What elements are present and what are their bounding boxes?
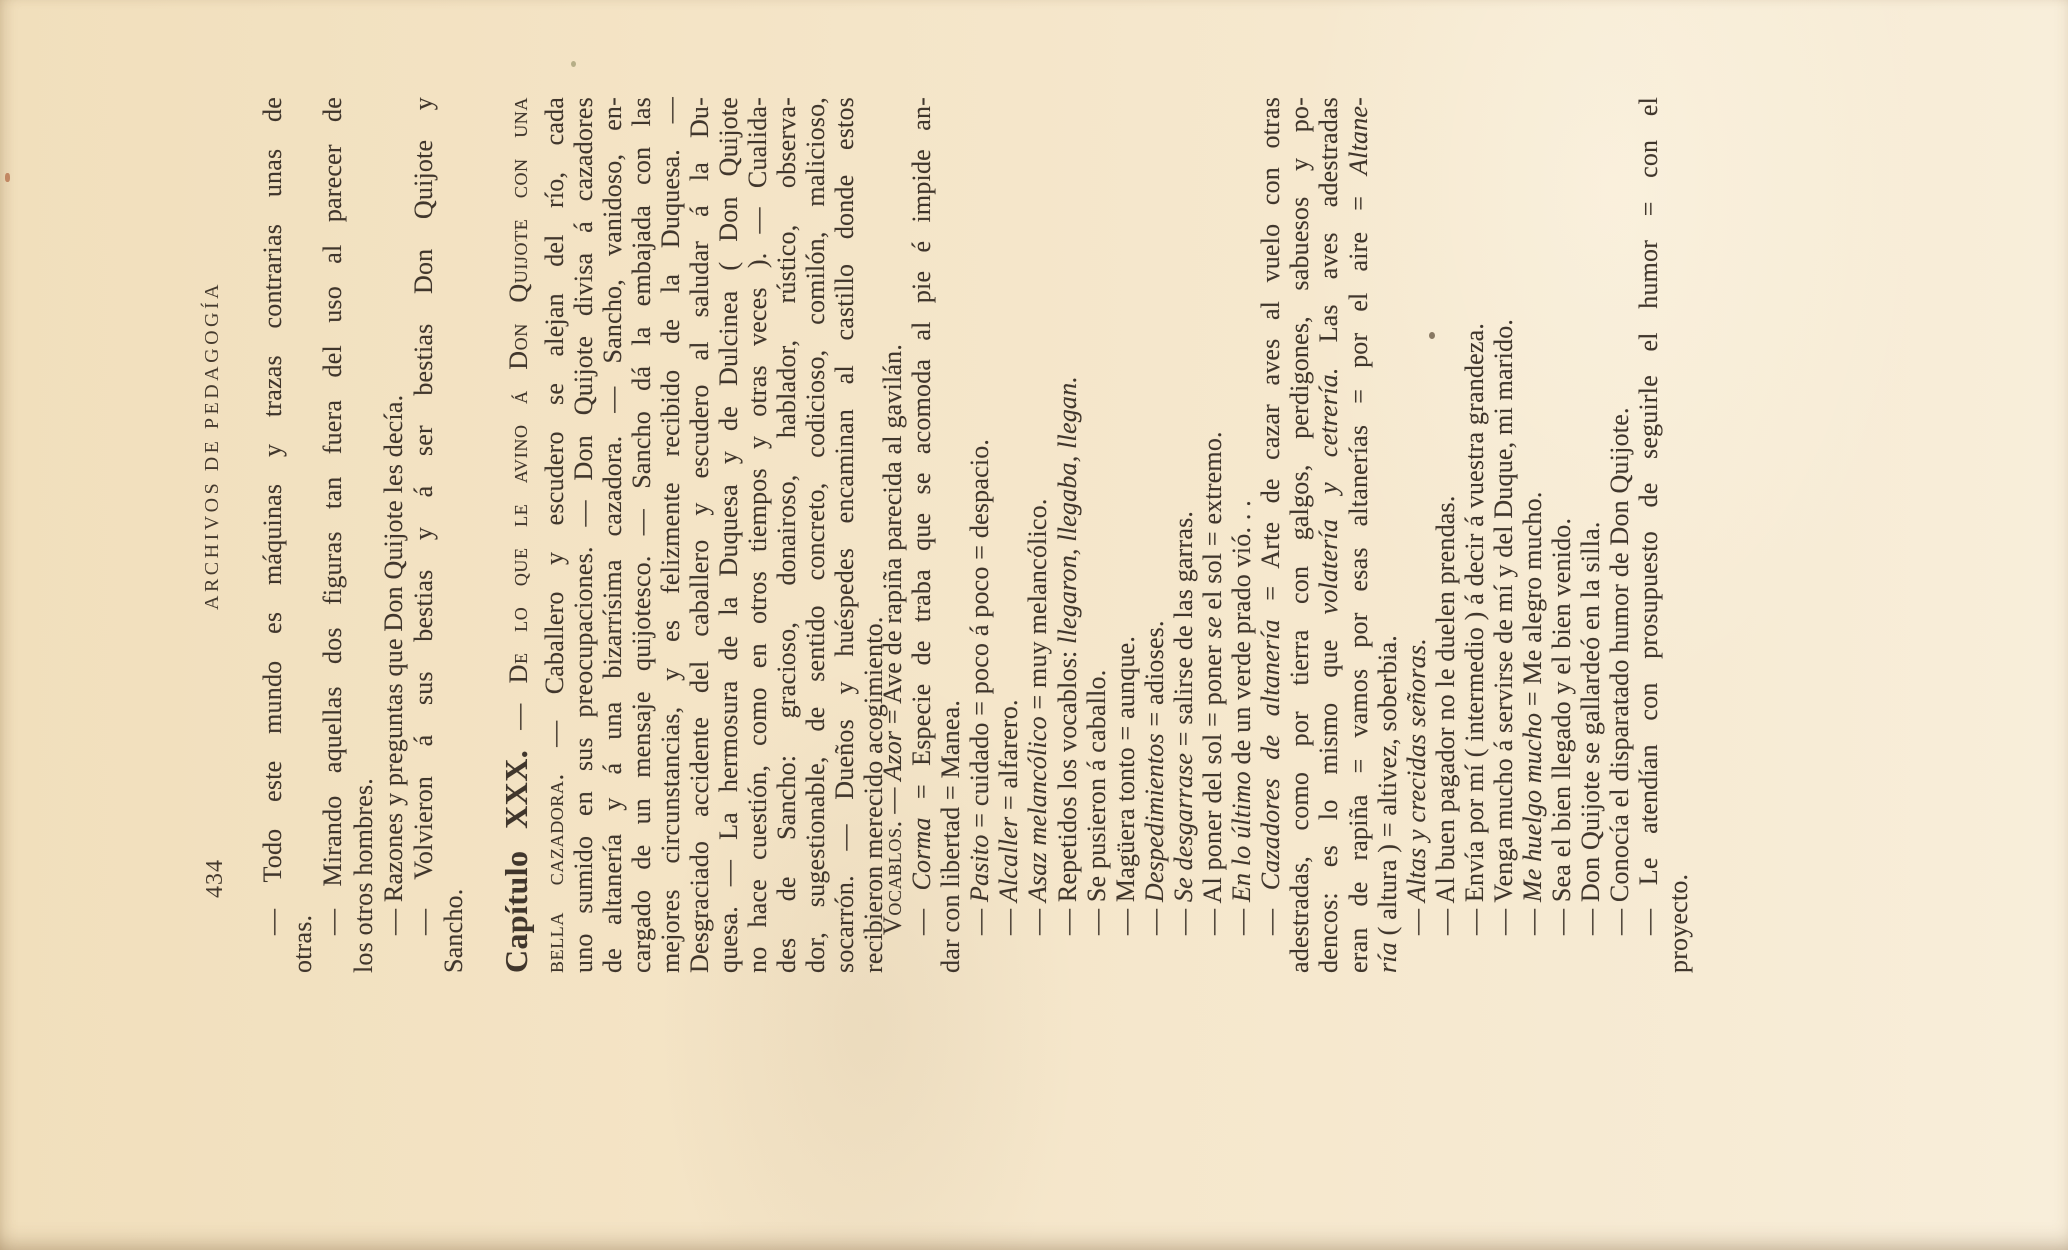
running-header: ARCHIVOS DE PEDAGOGÍA xyxy=(201,281,224,610)
text-line: dar con libertad = Manea. xyxy=(936,97,965,973)
text-line: — Altas y crecidas señoras. xyxy=(1402,97,1431,973)
page-number: 434 xyxy=(202,859,229,898)
paper-speck xyxy=(571,61,576,67)
text-line: cargado de un mensaje quijotesco. — Sanc… xyxy=(627,97,656,973)
text-line: no hace cuestión, como en otros tiempos … xyxy=(743,97,772,973)
text-line: — Venga mucho á servirse de mí y del Duq… xyxy=(1489,97,1518,973)
text-line: uno sumido en sus preocupaciones. — Don … xyxy=(569,97,598,973)
text-line: otras. xyxy=(288,97,318,973)
text-line: — Cazadores de altanería = Arte de cazar… xyxy=(1256,97,1285,973)
text-line: — Volvieron á sus bestias y á ser bestia… xyxy=(409,97,439,973)
text-line: Sancho. xyxy=(439,97,469,973)
text-line: dencos: es lo mismo que volatería y cetr… xyxy=(1314,97,1343,973)
text-line: dor, sugestionable, de sentido concreto,… xyxy=(801,97,830,973)
text-line: ría ( altura ) = altivez, soberbia. xyxy=(1373,97,1402,973)
text-line: — Asaz melancólico = muy melancólico. xyxy=(1023,97,1052,973)
chapter-summary-block: Capítulo XXX. — De lo que le avino á Don… xyxy=(499,97,888,973)
summary-notes-block: — Todo este mundo es máquinas y trazas c… xyxy=(258,97,469,973)
text-line: Vocablos. — Azor = Ave de rapiña parecid… xyxy=(878,97,907,973)
text-line: de altanería y á una bizarrísima cazador… xyxy=(598,97,627,973)
text-line: des de Sancho: gracioso, donairoso, habl… xyxy=(772,97,801,973)
text-line: — Se desgarrase = salirse de las garras. xyxy=(1169,97,1198,973)
text-line: — Se pusieron á caballo. xyxy=(1082,97,1111,973)
vocabulary-block: Vocablos. — Azor = Ave de rapiña parecid… xyxy=(878,97,1693,973)
text-line: — Repetidos los vocablos: llegaron, lleg… xyxy=(1053,97,1082,973)
text-line: — Don Quijote se gallardeó en la silla. xyxy=(1576,97,1605,973)
text-line: — Conocía el disparatado humor de Don Qu… xyxy=(1605,97,1634,973)
text-line: — Envía por mí ( intermedio ) á decir á … xyxy=(1460,97,1489,973)
text-line: — Me huelgo mucho = Me alegro mucho. xyxy=(1518,97,1547,973)
text-line: — Alcaller = alfarero. xyxy=(994,97,1023,973)
text-line: — En lo último de un verde prado vió. . … xyxy=(1227,97,1256,973)
text-line: — Pasito = cuidado = poco á poco = despa… xyxy=(965,97,994,973)
text-line: — Despedimientos = adioses. xyxy=(1140,97,1169,973)
text-line: proyecto. xyxy=(1664,97,1693,973)
book-page: 434 ARCHIVOS DE PEDAGOGÍA — Todo este mu… xyxy=(0,0,2068,1250)
text-line: — Sea el bien llegado y el bien venido. xyxy=(1547,97,1576,973)
text-line: socarrón. — Dueños y huéspedes encaminan… xyxy=(830,97,859,973)
text-line: mejores circunstancias, y es felizmente … xyxy=(656,97,685,973)
text-line: eran de rapiña = vamos por esas altanerí… xyxy=(1344,97,1373,973)
text-line: — Al buen pagador no le duelen prendas. xyxy=(1431,97,1460,973)
text-line: Capítulo XXX. — De lo que le avino á Don… xyxy=(499,97,540,973)
text-line: quesa. — La hermosura de la Duquesa y de… xyxy=(714,97,743,973)
text-line: — Todo este mundo es máquinas y trazas c… xyxy=(258,97,288,973)
text-line: — Al poner del sol = poner se el sol = e… xyxy=(1198,97,1227,973)
text-line: — Razones y preguntas que Don Quijote le… xyxy=(379,97,409,973)
scan-background: 434 ARCHIVOS DE PEDAGOGÍA — Todo este mu… xyxy=(0,0,2068,1250)
text-line: bella cazadora. — Caballero y escudero s… xyxy=(540,97,569,973)
paper-speck xyxy=(5,173,10,182)
text-line: Desgraciado accidente del caballero y es… xyxy=(685,97,714,973)
text-line: adestradas, como por tierra con galgos, … xyxy=(1285,97,1314,973)
text-line: — Magüera tonto = aunque. xyxy=(1111,97,1140,973)
text-line: — Mirando aquellas dos figuras tan fuera… xyxy=(318,97,348,973)
text-line: — Corma = Especie de traba que se acomod… xyxy=(907,97,936,973)
text-line: — Le atendían con prosupuesto de seguirl… xyxy=(1634,97,1663,973)
text-line: los otros hombres. xyxy=(349,97,379,973)
